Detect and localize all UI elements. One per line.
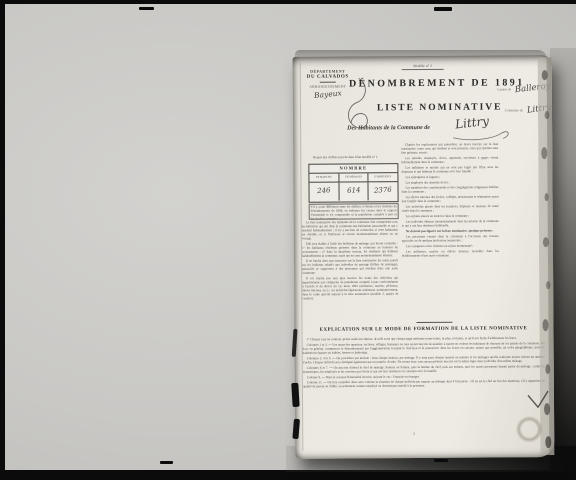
commune-line-text: Des Habitants de la Commune de [347, 125, 430, 132]
right-item: Les aubergistes et logeurs ; [401, 175, 498, 180]
right-item2: Les voyageurs et les visiteurs en séjour… [402, 244, 499, 249]
explanation-block: 1° Chaque case ne contient qu'une seule … [303, 336, 546, 443]
ink-mark [291, 383, 299, 407]
value-maisons: 246 [309, 183, 338, 201]
page-subtitle: LISTE NOMINATIVE [377, 102, 497, 113]
value-habitants: 2376 [369, 182, 398, 200]
film-marker-bottom-right [434, 459, 448, 462]
right-item2: Les militaires, marins ou élèves interne… [402, 249, 499, 258]
ink-mark [292, 329, 298, 357]
right-item: Les employés des chemins de fer ; [401, 180, 498, 185]
page-number: 2 [413, 432, 435, 443]
film-marker-bottom-left [160, 461, 173, 464]
value-menages-cell: 614 [339, 182, 369, 200]
stamp-rule [320, 82, 336, 83]
department-label: DÉPARTEMENT [299, 68, 357, 73]
model-number-rule [402, 69, 444, 70]
summary-table-title: NOMBRE [309, 164, 397, 173]
right-item: Les élèves internes des lycées, collèges… [402, 195, 499, 204]
film-marker-top-left [139, 7, 154, 10]
value-habitants-cell: 2376 [369, 182, 398, 200]
paper-stain [515, 415, 543, 443]
section-heading: EXPLICATION SUR LE MODE DE FORMATION DE … [300, 326, 546, 333]
explanation-paragraph: Colonne 11. — On fera connaître dans cet… [303, 379, 545, 389]
right-subheading: Ne doivent pas figurer sur la liste nomi… [402, 229, 499, 234]
left-paragraph: La liste nominative des habitants de la … [302, 220, 398, 241]
right-item: Les militaires et marins qui ne sont pas… [401, 165, 498, 174]
commune-line: Des Habitants de la Commune de [347, 125, 430, 132]
film-marker-top-right [434, 7, 452, 11]
note-box: S'il y a une différence entre les chiffr… [309, 203, 399, 220]
film-left-bar [0, 0, 5, 480]
film-top-bar [0, 0, 576, 4]
commune-label: Commune de [505, 108, 523, 112]
right-item2: Les personnes venues dans la commune à l… [402, 234, 499, 243]
right-item: Les enfants placés en nourrice dans la c… [402, 214, 499, 219]
explanation-paragraph: Colonnes 3, 4 et 5. — On procédera par m… [303, 355, 545, 365]
note-box-text: S'il y a une différence entre les chiffr… [311, 205, 397, 220]
value-maisons-cell: 246 [309, 183, 339, 201]
left-paragraph: Il n'y faudra pas non plus inscrire les … [302, 276, 398, 300]
model-number-text: Modèle n° 2 [397, 64, 449, 68]
right-item: Les individus détenus momentanément dans… [402, 219, 499, 228]
report-caption: Report des chiffres inscrits dans l'état… [313, 155, 391, 160]
col-header-habitants: D'HABITANTS [369, 173, 398, 181]
ink-mark [292, 419, 300, 439]
page-title: DÉNOMBREMENT DE 1891 [349, 77, 525, 89]
right-intro: D'après les explications qui précèdent, … [401, 142, 498, 155]
page-number-text: 2 [413, 432, 435, 436]
right-item: Les individus placés dans les hospices, … [402, 205, 499, 214]
commune-underline-flourish [451, 125, 513, 143]
scanned-page: DÉPARTEMENT DU CALVADOS ARRONDISSEMENT B… [293, 55, 555, 459]
explanation-paragraph: Colonnes 6 et 7. — On inscrira d'abord l… [303, 364, 545, 374]
col-header-menages: DE MÉNAGES [339, 173, 369, 181]
value-menages: 614 [339, 182, 368, 200]
right-item: Les salariés, employés, clercs, apprenti… [401, 156, 498, 165]
fold-check-mark [525, 389, 551, 411]
right-item: Les membres des communautés et des congr… [402, 186, 499, 195]
model-number: Modèle n° 2 [397, 64, 449, 70]
left-paragraph: Elle sera établie à l'aide des bulletins… [302, 242, 398, 259]
summary-table: NOMBRE DE MAISONS DE MÉNAGES D'HABITANTS… [308, 163, 398, 203]
left-paragraph: Il ne faudra donc pas transcrire sur la … [302, 259, 398, 276]
explanation-paragraph: Colonnes 1 et 2. — Les noms des quartier… [303, 342, 545, 356]
microfilm-frame: DÉPARTEMENT DU CALVADOS ARRONDISSEMENT B… [0, 0, 576, 480]
col-header-maisons: DE MAISONS [309, 174, 339, 182]
